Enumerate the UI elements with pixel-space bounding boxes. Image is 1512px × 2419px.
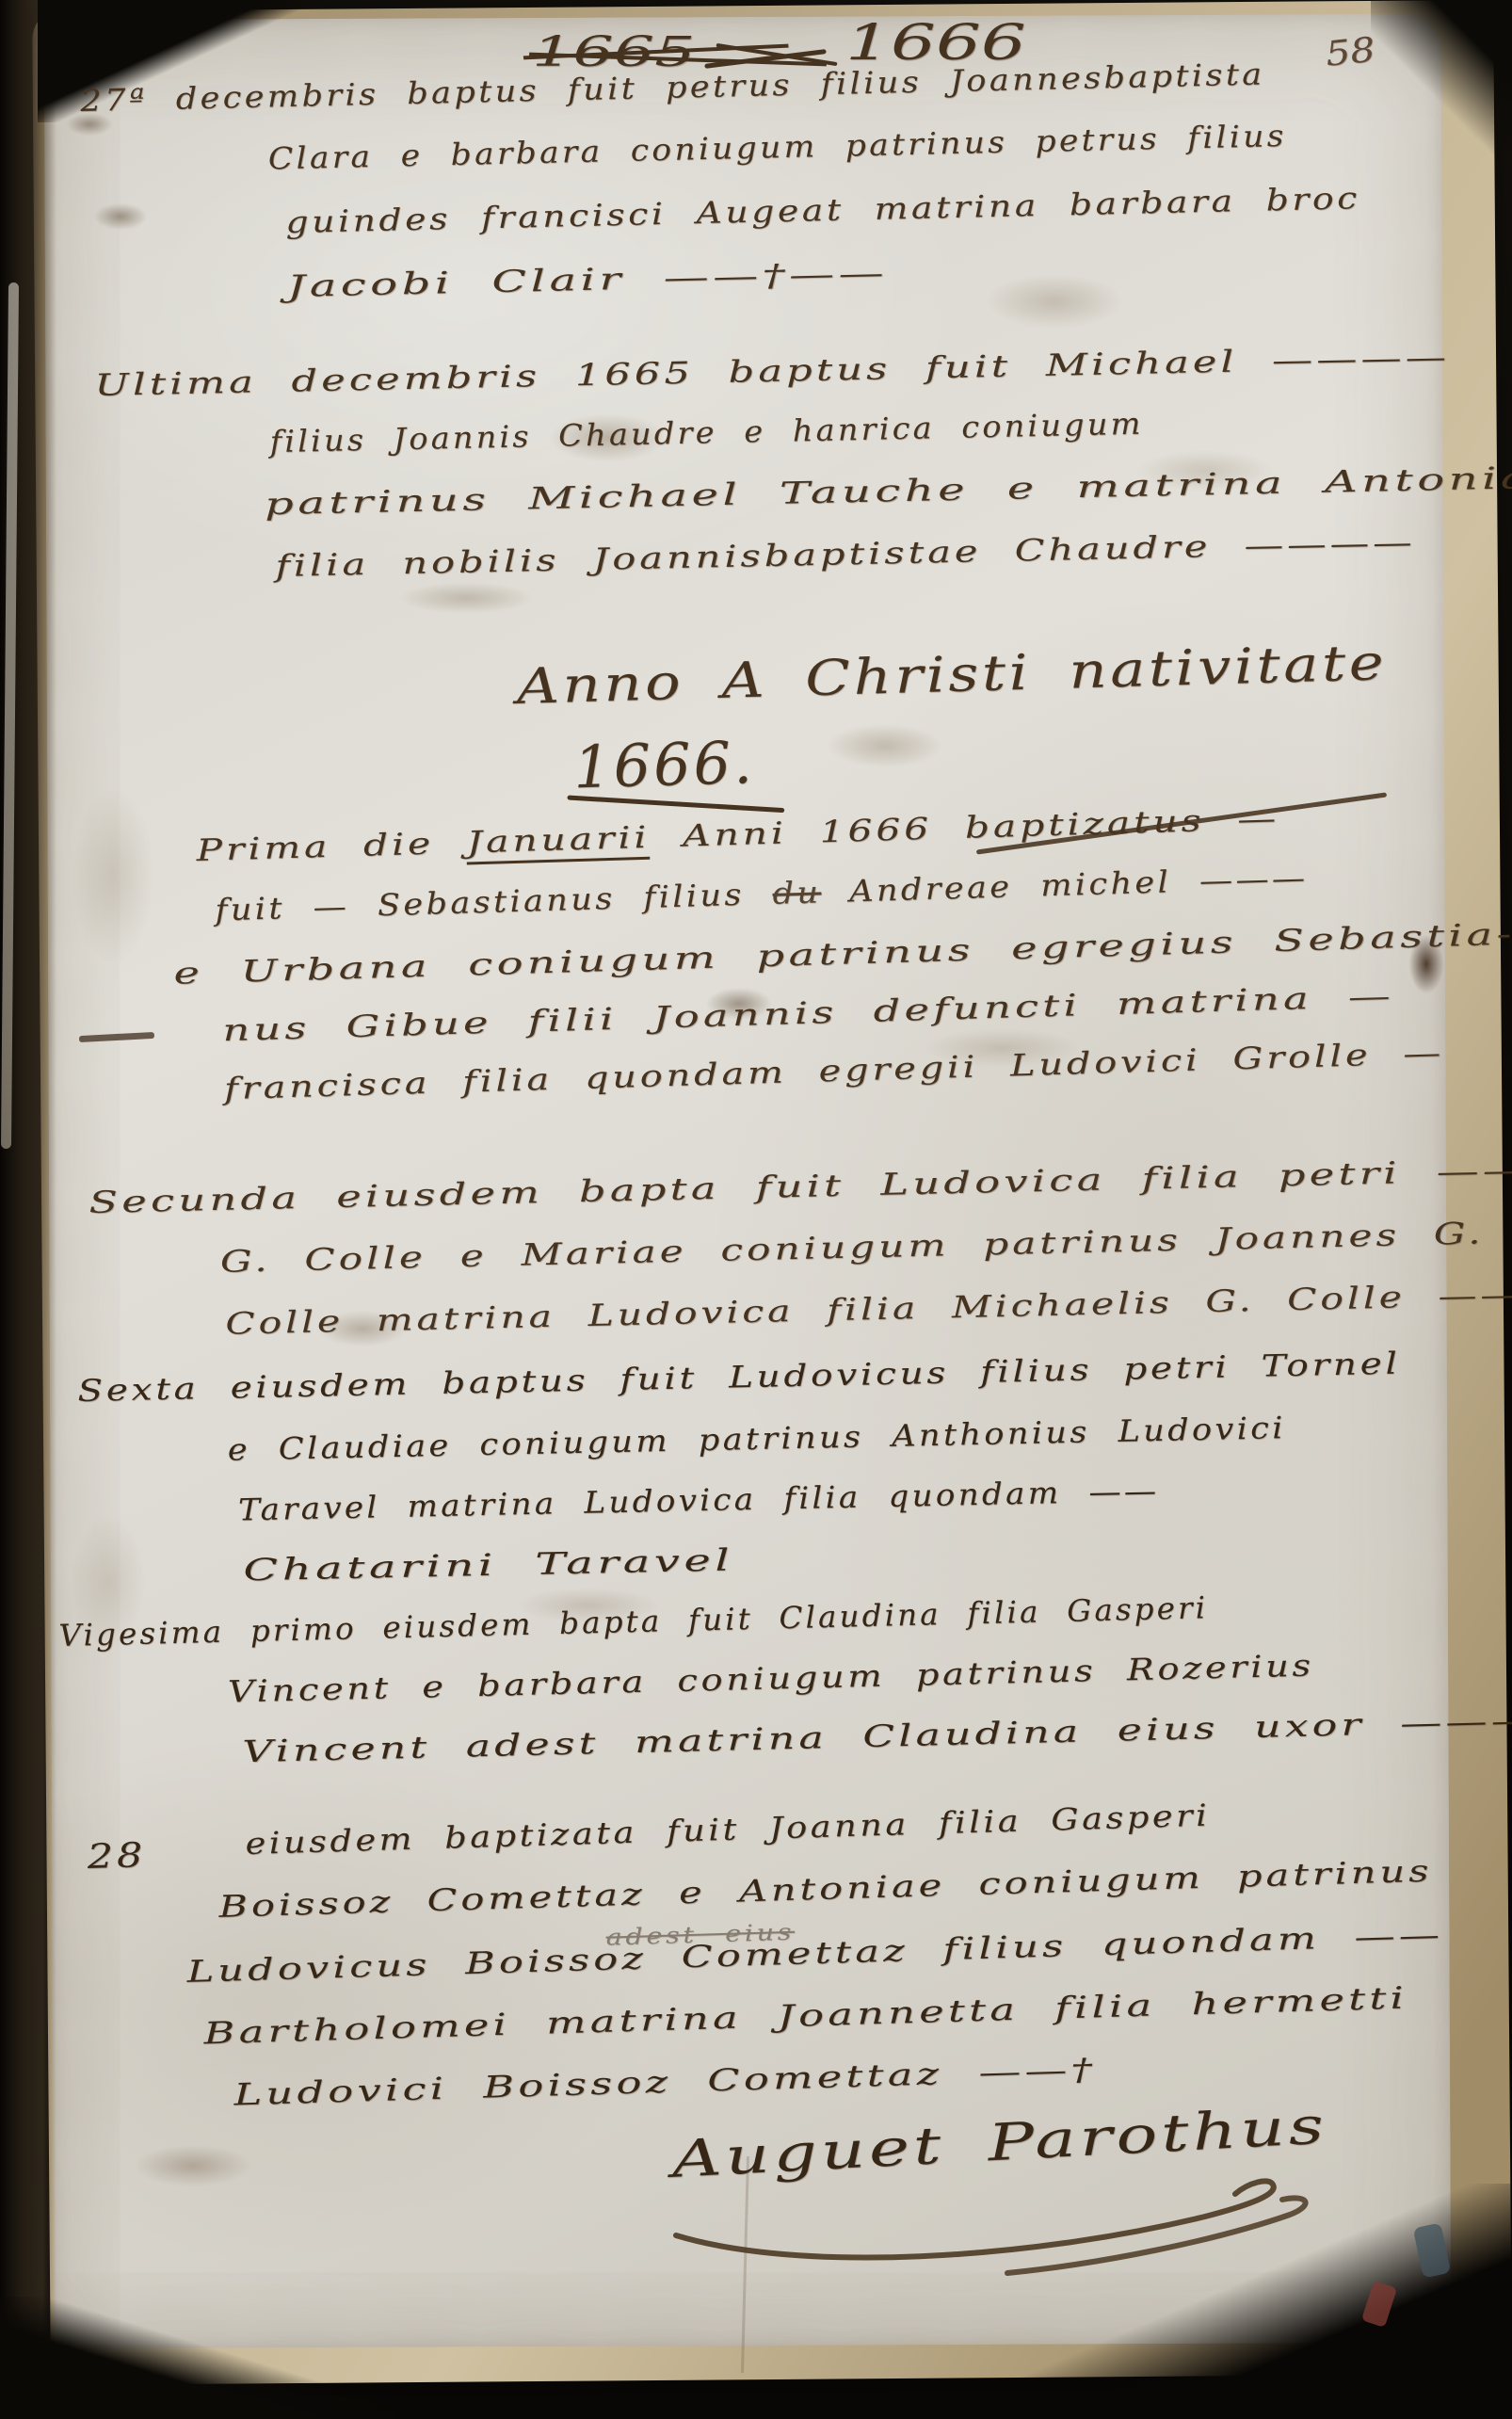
photo-corner-shadow bbox=[0, 2297, 395, 2419]
bottom-diagonal-stroke bbox=[1007, 2198, 1306, 2273]
page-number: 58 bbox=[1324, 30, 1377, 73]
entry-day-number: 28 bbox=[87, 1836, 146, 1877]
struck-word: du bbox=[772, 874, 822, 911]
photo-corner-shadow bbox=[1371, 0, 1512, 160]
heading-year: 1666. bbox=[572, 728, 755, 801]
signature-flourish bbox=[650, 2162, 1478, 2388]
underlined-word: Januarii bbox=[466, 819, 651, 865]
manuscript-photo: 1665 1666 58 27ª decembris baptus fuit p… bbox=[0, 0, 1512, 2419]
